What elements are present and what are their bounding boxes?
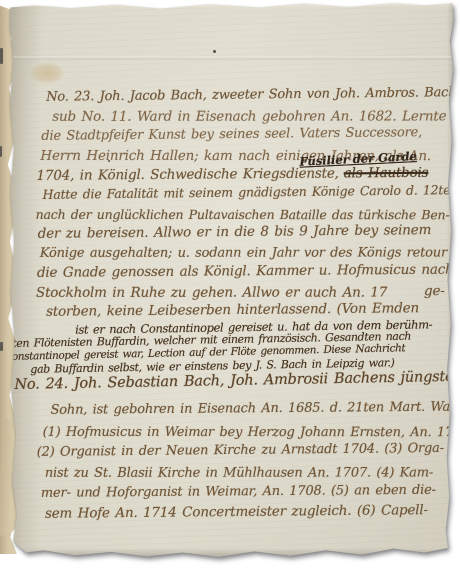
manuscript-line: nist zu St. Blasii Kirche in Mühlhausen …: [45, 465, 433, 480]
edge-fleck: [0, 48, 3, 64]
manuscript-line: sub No. 11. Ward in Eisenach gebohren An…: [52, 108, 446, 124]
manuscript-line: Könige ausgehalten; u. sodann ein Jahr v…: [40, 245, 447, 260]
manuscript-line: sem Hofe An. 1714 Concertmeister zugleic…: [45, 502, 428, 522]
manuscript-line: die Gnade genossen als Königl. Kammer u.…: [37, 262, 454, 281]
line-text: 1704, in Königl. Schwedische Kriegsdiens…: [36, 165, 338, 183]
handwritten-text: No. 23. Joh. Jacob Bach, zweeter Sohn vo…: [0, 0, 460, 571]
manuscript-line: No. 23. Joh. Jacob Bach, zweeter Sohn vo…: [46, 85, 460, 105]
manuscript-line: (1) Hofmusicus in Weimar bey Herzog Joha…: [43, 425, 460, 440]
edge-fleck: [0, 146, 2, 157]
manuscript-line: Stockholm in Ruhe zu gehen. Allwo er auc…: [36, 285, 387, 301]
manuscript-line: (2) Organist in der Neuen Kirche zu Arns…: [37, 441, 444, 460]
manuscript-line: nach der unglücklichen Pultavaischen Bat…: [36, 207, 450, 222]
manuscript-line: 1704, in Königl. Schwedische Kriegsdiens…: [36, 165, 428, 184]
manuscript-line: storben, keine Leibeserben hinterlassend…: [46, 300, 419, 320]
manuscript-page: No. 23. Joh. Jacob Bach, zweeter Sohn vo…: [8, 2, 456, 558]
edge-fleck: [0, 342, 3, 351]
struck-out-text: als Hautbois: [344, 165, 429, 182]
manuscript-line: mer- und Hoforganist in Weimar, An. 1708…: [41, 483, 436, 501]
manuscript-photo: No. 23. Joh. Jacob Bach, zweeter Sohn vo…: [0, 0, 460, 571]
manuscript-line-tail: ge-: [424, 283, 445, 299]
manuscript-page-wrap: No. 23. Joh. Jacob Bach, zweeter Sohn vo…: [8, 2, 456, 558]
manuscript-line: die Stadtpfeifer Kunst bey seines seel. …: [41, 125, 422, 144]
manuscript-line: Hatte die Fatalität mit seinem gnädigste…: [43, 182, 459, 202]
manuscript-line: der zu bereisen. Allwo er in die 8 bis 9…: [38, 222, 432, 242]
manuscript-line: Sohn, ist gebohren in Eisenach An. 1685.…: [50, 400, 460, 418]
